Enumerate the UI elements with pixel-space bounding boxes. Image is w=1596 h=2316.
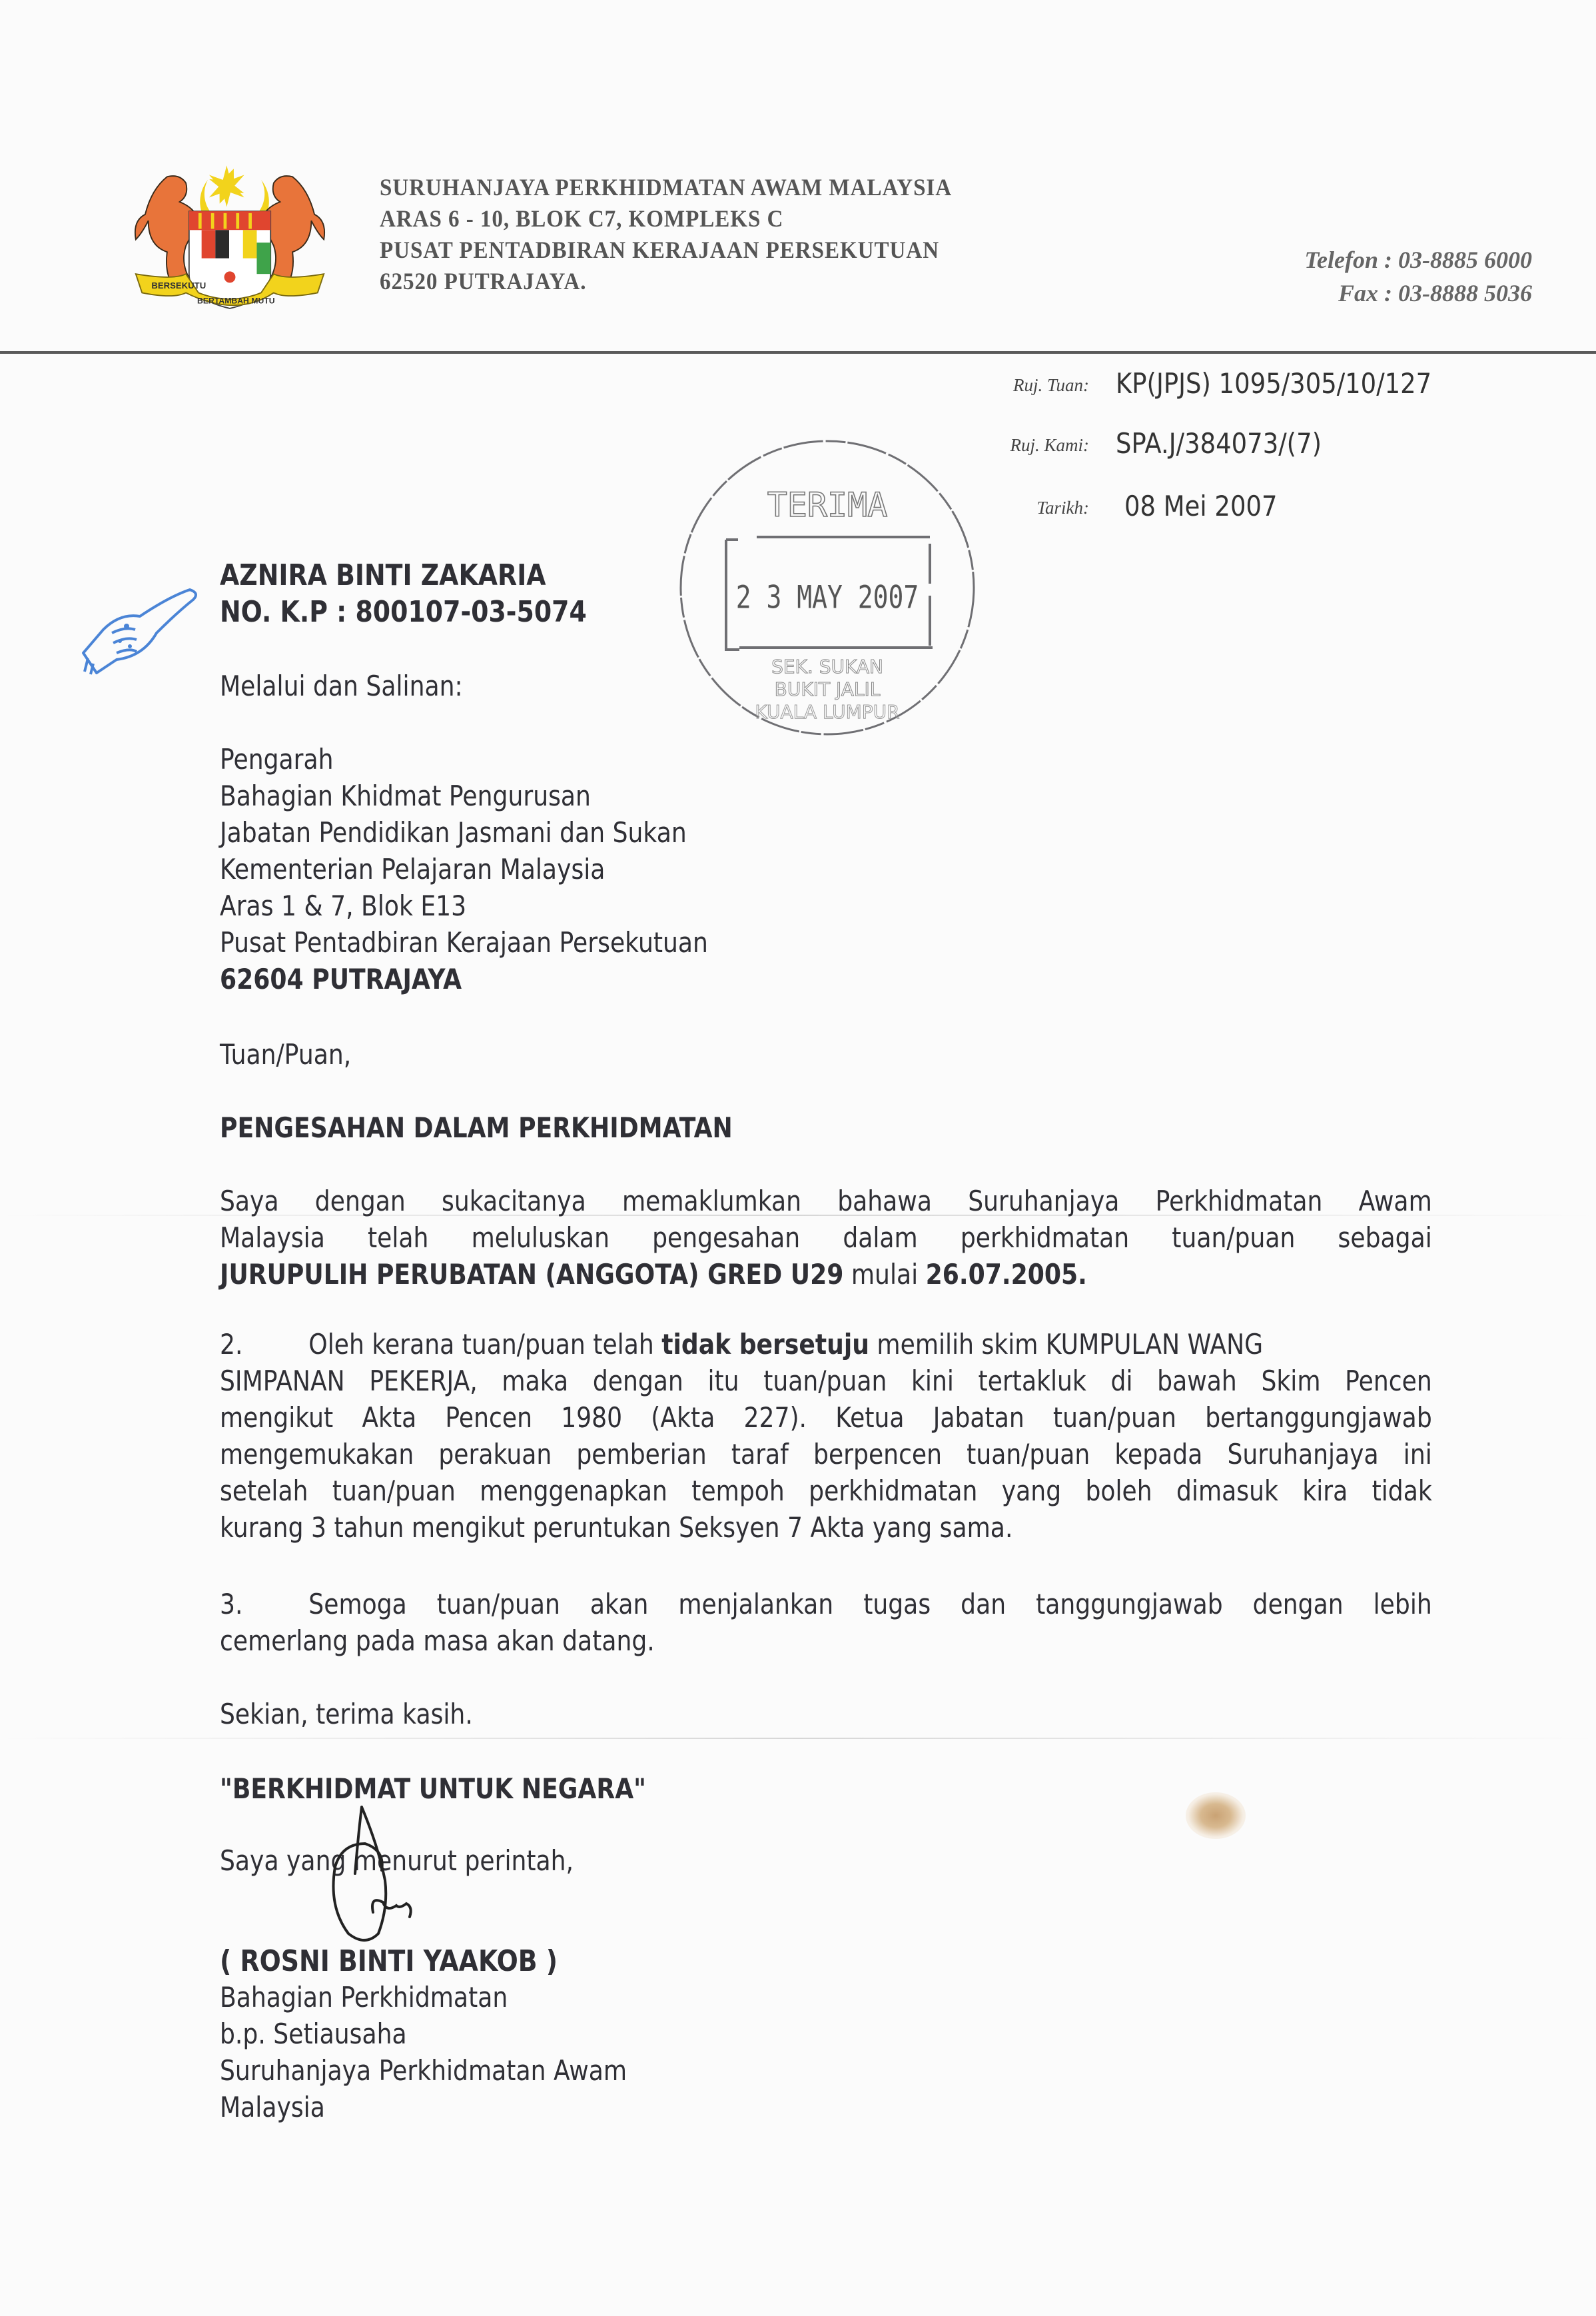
- reference-label: Tarikh:: [1036, 498, 1089, 518]
- paragraph-line: 3.Semoga tuan/puan akan menjalankan tuga…: [220, 1586, 1432, 1622]
- via-address-line: Jabatan Pendidikan Jasmani dan Sukan: [220, 816, 687, 849]
- organization-address-line: 62520 PUTRAJAYA.: [380, 266, 952, 297]
- paragraph-line: setelah tuan/puan menggenapkan tempoh pe…: [220, 1472, 1432, 1509]
- svg-text:BERTAMBAH MUTU: BERTAMBAH MUTU: [197, 296, 275, 305]
- paragraph-line: SIMPANAN PEKERJA, maka dengan itu tuan/p…: [220, 1363, 1432, 1399]
- via-address-line: Pusat Pentadbiran Kerajaan Persekutuan: [220, 926, 708, 959]
- pointing-hand-stamp-icon: [73, 580, 206, 680]
- via-address-line: Bahagian Khidmat Pengurusan: [220, 780, 591, 812]
- signatory-line: Suruhanjaya Perkhidmatan Awam: [220, 2054, 627, 2087]
- signatory-line: b.p. Setiausaha: [220, 2018, 407, 2050]
- stamp-line: BUKIT JALIL: [775, 678, 881, 700]
- signatory-line: Malaysia: [220, 2091, 325, 2123]
- effective-date: 26.07.2005.: [926, 1258, 1087, 1291]
- post-title: JURUPULIH PERUBATAN (ANGGOTA) GRED U29: [220, 1258, 843, 1291]
- telefon-value: 03-8885 6000: [1398, 247, 1532, 273]
- paragraph-line: Malaysia telah meluluskan pengesahan dal…: [220, 1219, 1432, 1256]
- paragraph-line: Saya dengan sukacitanya memaklumkan baha…: [220, 1183, 1432, 1219]
- paragraph-1: Saya dengan sukacitanya memaklumkan baha…: [220, 1183, 1432, 1293]
- svg-text:BERSEKUTU: BERSEKUTU: [151, 281, 206, 290]
- reference-label: Ruj. Tuan:: [1013, 375, 1089, 396]
- salutation: Tuan/Puan,: [220, 1038, 351, 1071]
- malaysia-coat-of-arms-icon: BERSEKUTU BERTAMBAH MUTU: [123, 150, 336, 316]
- signatory-line: Bahagian Perkhidmatan: [220, 1981, 508, 2014]
- emphasis-text: tidak bersetuju: [661, 1328, 869, 1361]
- header-divider: [0, 351, 1596, 354]
- paragraph-text: Oleh kerana tuan/puan telah: [308, 1328, 661, 1361]
- fax-line: Fax : 03-8888 5036: [1304, 277, 1532, 310]
- paragraph-text: Semoga tuan/puan akan menjalankan tugas …: [308, 1588, 1431, 1620]
- fax-label: Fax :: [1338, 280, 1392, 306]
- recipient-name: AZNIRA BINTI ZAKARIA: [220, 558, 546, 592]
- recipient-id: NO. K.P : 800107-03-5074: [220, 595, 587, 629]
- paragraph-number: 3.: [220, 1586, 308, 1622]
- organization-address-line: PUSAT PENTADBIRAN KERAJAAN PERSEKUTUAN: [380, 235, 952, 266]
- paragraph-line: mengemukakan perakuan pemberian taraf be…: [220, 1436, 1432, 1472]
- paragraph-number: 2.: [220, 1326, 308, 1363]
- received-stamp: TERIMA 2 3 MAY 2007 SEK. SUKAN BUKIT JAL…: [673, 433, 979, 740]
- paragraph-text: mulai: [843, 1258, 925, 1291]
- reference-row-ruj-tuan: Ruj. Tuan: KP(JPJS) 1095/305/10/127: [919, 360, 1585, 400]
- signatory-name: ( ROSNI BINTI YAAKOB ): [220, 1944, 558, 1978]
- stamp-title: TERIMA: [767, 486, 888, 524]
- telefon-line: Telefon : 03-8885 6000: [1304, 243, 1532, 277]
- letter-subject: PENGESAHAN DALAM PERKHIDMATAN: [220, 1111, 733, 1144]
- reference-row-tarikh: Tarikh: 08 Mei 2007: [919, 482, 1585, 522]
- paragraph-line: 2.Oleh kerana tuan/puan telah tidak bers…: [220, 1326, 1432, 1363]
- via-address-line: Aras 1 & 7, Blok E13: [220, 889, 466, 922]
- paragraph-text: memilih skim KUMPULAN WANG: [869, 1328, 1263, 1361]
- organization-address-line: ARAS 6 - 10, BLOK C7, KOMPLEKS C: [380, 203, 952, 235]
- via-postcode: 62604 PUTRAJAYA: [220, 963, 462, 995]
- paper-fold-line: [0, 1738, 1596, 1739]
- reference-value: SPA.J/384073/(7): [1116, 427, 1322, 460]
- telefon-label: Telefon :: [1304, 247, 1392, 273]
- paragraph-3: 3.Semoga tuan/puan akan menjalankan tuga…: [220, 1586, 1432, 1659]
- paragraph-line: kurang 3 tahun mengikut peruntukan Seksy…: [220, 1509, 1432, 1546]
- paragraph-line: cemerlang pada masa akan datang.: [220, 1622, 1432, 1659]
- reference-value: 08 Mei 2007: [1124, 490, 1277, 522]
- reference-row-ruj-kami: Ruj. Kami: SPA.J/384073/(7): [919, 420, 1585, 460]
- handwritten-signature-icon: [313, 1799, 446, 1959]
- paragraph-line: JURUPULIH PERUBATAN (ANGGOTA) GRED U29 m…: [220, 1256, 1432, 1293]
- paragraph-2: 2.Oleh kerana tuan/puan telah tidak bers…: [220, 1326, 1432, 1546]
- reference-value: KP(JPJS) 1095/305/10/127: [1116, 367, 1431, 400]
- paragraph-line: mengikut Akta Pencen 1980 (Akta 227). Ke…: [220, 1399, 1432, 1436]
- via-address-line: Pengarah: [220, 743, 334, 776]
- stamp-line: KUALA LUMPUR: [755, 701, 899, 723]
- via-address-line: Kementerian Pelajaran Malaysia: [220, 853, 605, 885]
- contact-info: Telefon : 03-8885 6000 Fax : 03-8888 503…: [1304, 243, 1532, 310]
- reference-label: Ruj. Kami:: [1010, 435, 1090, 456]
- stamp-line: SEK. SUKAN: [771, 656, 883, 678]
- paper-stain: [1186, 1792, 1246, 1839]
- closing-text: Sekian, terima kasih.: [220, 1698, 473, 1730]
- stamp-date: 2 3 MAY 2007: [736, 579, 919, 616]
- via-label: Melalui dan Salinan:: [220, 670, 463, 702]
- fax-value: 03-8888 5036: [1398, 280, 1532, 306]
- organization-name: SURUHANJAYA PERKHIDMATAN AWAM MALAYSIA: [380, 172, 952, 203]
- organization-address: SURUHANJAYA PERKHIDMATAN AWAM MALAYSIA A…: [380, 172, 1002, 297]
